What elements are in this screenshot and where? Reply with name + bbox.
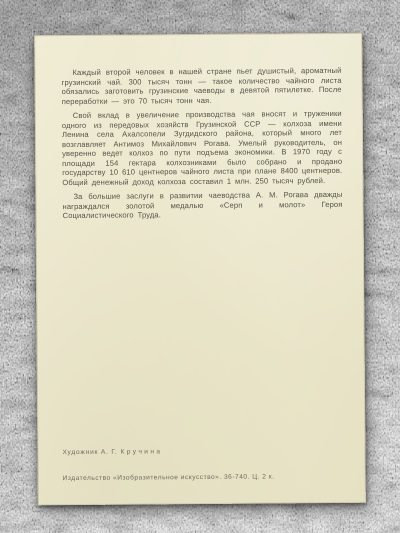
paragraph-awards: За большие заслуги в развитии чаеводства… [62, 190, 342, 221]
postcard-body-text: Каждый второй человек в нашей стране пье… [61, 66, 342, 226]
postcard-back: Каждый второй человек в нашей стране пье… [34, 33, 366, 506]
artist-name: Кручина [121, 448, 163, 455]
publisher-text: Издательство «Изобразительное искусство»… [63, 473, 275, 482]
artist-label: Художник А. Г. [62, 449, 117, 456]
photo-scene: Каждый второй человек в нашей стране пье… [0, 0, 400, 533]
paragraph-kolkhoz: Свой вклад в увеличение производства чая… [62, 109, 343, 187]
artist-credit-line: Художник А. Г.Кручина [62, 448, 162, 456]
publisher-line: Издательство «Изобразительное искусство»… [63, 473, 275, 482]
paragraph-intro: Каждый второй человек в нашей стране пье… [61, 66, 341, 106]
